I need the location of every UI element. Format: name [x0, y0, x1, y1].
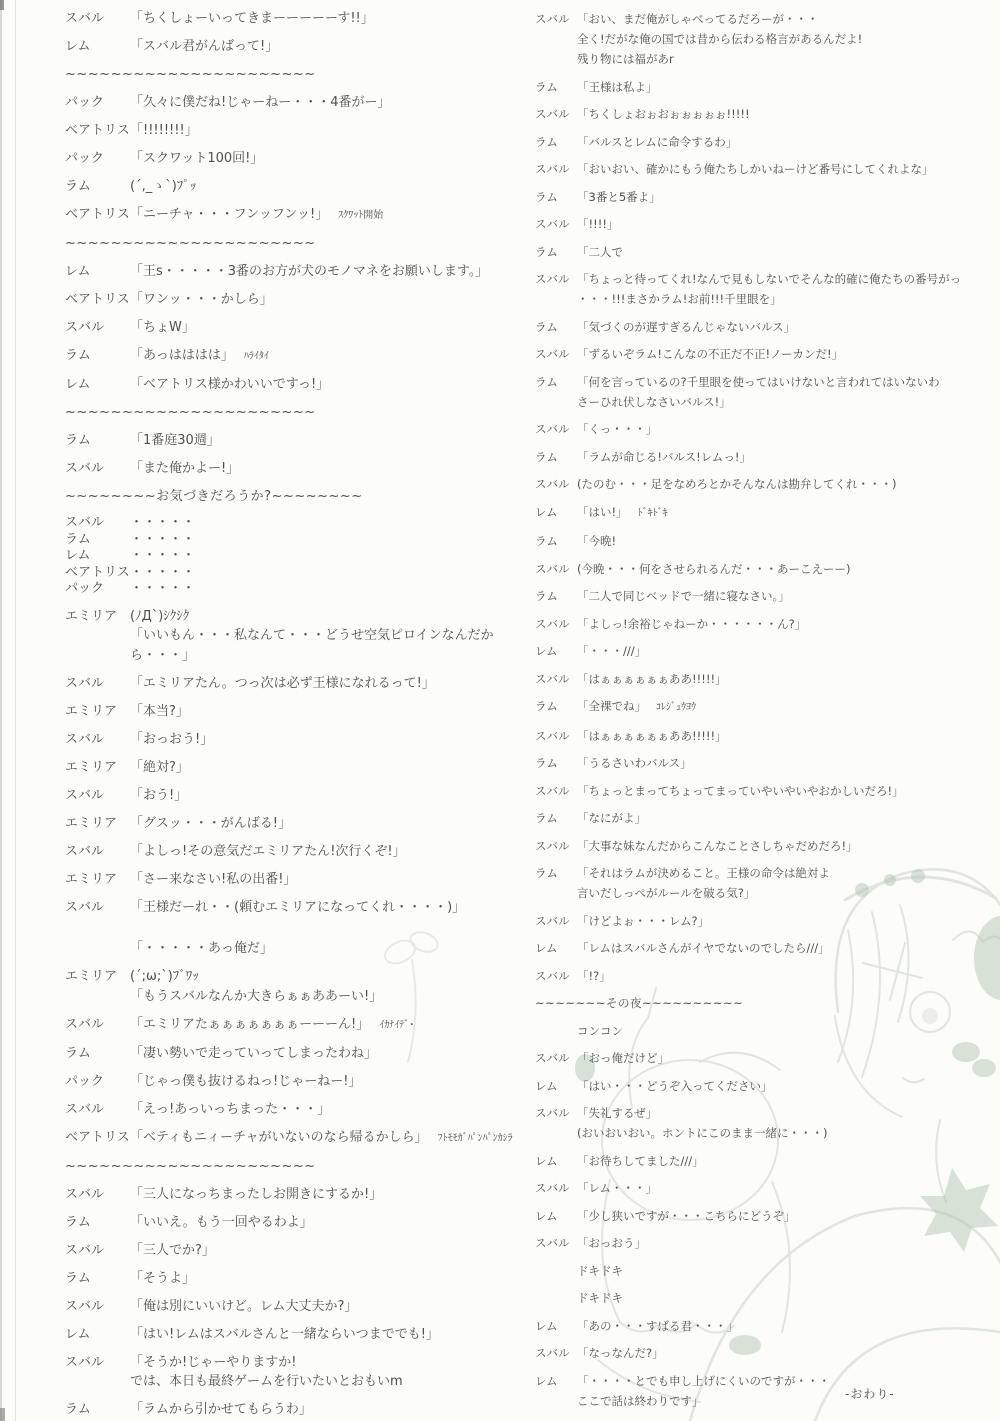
dialogue-entry: スバル「はぁぁぁぁぁぁああ!!!!!」	[535, 726, 997, 746]
speaker-name: スバル	[535, 419, 577, 439]
dialogue-entry: スバル「大事な妹なんだからこんなことさしちゃだめだろ!」	[535, 836, 997, 856]
speaker-name: スバル	[535, 1048, 577, 1068]
speaker-name: スバル	[535, 104, 577, 124]
speaker-name: レム	[535, 1206, 577, 1226]
dialogue-entry: スバル「けどよぉ・・・レム?」	[535, 911, 997, 931]
dialogue-text: 「・・・///」	[577, 641, 997, 661]
speaker-name: パック	[65, 581, 130, 598]
dialogue-text: 「ちくしょおぉおぉぉぉぉぉ!!!!!	[577, 104, 997, 124]
speaker-name: ラム	[535, 447, 577, 467]
dialogue-text: 「今晩!	[577, 531, 997, 551]
dialogue-text: 「王様は私よ」	[577, 77, 997, 97]
speaker-name: ラム	[65, 532, 130, 549]
speaker-name: スバル	[65, 786, 130, 806]
dialogue-entry: スバル「よしっ!その意気だエミリアたん!次行くぞ!」	[65, 842, 513, 862]
speaker-name: ベアトリス	[65, 1128, 130, 1148]
dialogue-entry: ベアトリス「ベティもニィーチャがいないのなら帰るかしら」ﾌﾄﾓﾓｶﾞﾊﾟﾝﾊﾟﾝ…	[65, 1128, 513, 1149]
dialogue-text: 「俺は別にいいけど。レム大丈夫か?」	[130, 1297, 513, 1317]
dialogue-text: 「よしっ!その意気だエミリアたん!次行くぞ!」	[130, 842, 513, 862]
dialogue-entry: レム「はい・・・どうぞ入ってください」	[535, 1076, 997, 1096]
dialogue-entry: パック「じゃっ僕も抜けるねっ!じゃーねー!」	[65, 1072, 513, 1092]
speaker-name: ラム	[535, 531, 577, 551]
scan-artifact-corner-bottom	[0, 1408, 5, 1421]
dialogue-entry: ラム「それはラムが決めること。王様の命令は絶対よ 言いだしっぺがルールを破る気?…	[535, 863, 997, 903]
speaker-name: スバル	[535, 9, 577, 29]
section-divider: ~~~~~~~その夜~~~~~~~~~~	[535, 993, 997, 1013]
speaker-name: スバル	[65, 1015, 130, 1035]
speaker-name: スバル	[535, 1178, 577, 1198]
speaker-name: スバル	[65, 9, 130, 29]
dialogue-text: 「王s・・・・・3番のお方が犬のモノマネをお願いします。」	[130, 262, 513, 282]
dialogue-entry: スバル「失礼するぜ」 (おいおいおい。ホントにこのまま一緒に・・・)	[535, 1103, 997, 1143]
speaker-name: スバル	[65, 1185, 130, 1205]
scan-artifact-edge	[0, 0, 2, 1421]
speaker-name: スバル	[535, 669, 577, 689]
dialogue-entry: ラム「ラムから引かせてもらうわ」	[65, 1400, 513, 1420]
dialogue-text: ・・・・・	[130, 565, 513, 582]
speaker-name: スバル	[535, 836, 577, 856]
speaker-name: スバル	[535, 614, 577, 634]
dialogue-entry: スバル「エミリアたぁぁぁぁぁぁぁーーーん!」ｲｶﾅｲﾃﾞ･	[65, 1015, 513, 1036]
speaker-name: ベアトリス	[65, 565, 130, 582]
speaker-name: スバル	[535, 1233, 577, 1253]
speaker-name: ラム	[65, 1269, 130, 1289]
speaker-name: レム	[65, 548, 130, 565]
speaker-name: ラム	[535, 586, 577, 606]
dialogue-entry: ラム「3番と5番よ」	[535, 187, 997, 207]
speaker-name: レム	[535, 1316, 577, 1336]
dialogue-text: 「エミリアたん。つっ次は必ず王様になれるって!」	[130, 674, 513, 694]
speaker-name: パック	[65, 93, 130, 113]
section-divider: ~~~~~~~~~~~~~~~~~~~~~~	[65, 1157, 513, 1177]
dialogue-entry: ラム(´,_ゝ`)ﾌﾟｯ	[65, 177, 513, 197]
dialogue-text: 「!?」	[577, 966, 997, 986]
speaker-name: エミリア	[65, 967, 130, 987]
dialogue-entry: スバル「ずるいぞラム!こんなの不正だ不正!ノーカンだ!」	[535, 344, 997, 364]
dialogue-entry: レム「レムはスバルさんがイヤでないのでしたら///」	[535, 938, 997, 958]
speaker-name: スバル	[535, 781, 577, 801]
speaker-name: スバル	[535, 1343, 577, 1363]
dialogue-entry: スバル「三人でか?」	[65, 1241, 513, 1261]
dialogue-text: 「あの・・・すばる君・・・」	[577, 1316, 997, 1336]
dialogue-entry: スバル「ちくしょーいってきまーーーーーす!!」	[65, 9, 513, 29]
dialogue-entry: ドキドキ	[535, 1261, 997, 1281]
speaker-name: レム	[65, 262, 130, 282]
dialogue-entry: スバル「そうか!じゃーやりますか! では、本日も最終ゲームを行いたいとおもいm	[65, 1353, 513, 1392]
dialogue-text: 「何を言っているの?千里眼を使ってはいけないと言われてはいないわ さーひれ伏しな…	[577, 372, 997, 412]
speaker-name: スバル	[65, 674, 130, 694]
speaker-name: ラム	[535, 132, 577, 152]
dialogue-text: 「久々に僕だね!じゃーねー・・・4番がー」	[130, 93, 513, 113]
speaker-name: レム	[535, 1076, 577, 1096]
speaker-name: レム	[535, 641, 577, 661]
dialogue-entry: スバル「ちょっとまってちょってまっていやいやいやおかしいだろ!」	[535, 781, 997, 801]
speaker-name: ラム	[535, 863, 577, 883]
speaker-name: スバル	[535, 159, 577, 179]
speaker-name: エミリア	[65, 702, 130, 722]
dialogue-text: 「二人で同じベッドで一緒に寝なさい。」	[577, 586, 997, 606]
speaker-name: ラム	[65, 431, 130, 451]
dialogue-entry: エミリア(´;ω;`)ﾌﾞﾜｯ 「もうスバルなんか大きらぁぁああーい!」	[65, 967, 513, 1006]
dialogue-text: 「おう!」	[130, 786, 513, 806]
dialogue-text: 「!!!!!!!!」	[130, 121, 513, 141]
dialogue-entry: ベアトリス「ワンッ・・・かしら」	[65, 290, 513, 310]
dialogue-text: 「はぁぁぁぁぁぁああ!!!!!」	[577, 726, 997, 746]
speaker-name: パック	[65, 1072, 130, 1092]
speaker-name: ラム	[535, 753, 577, 773]
dialogue-text: 「エミリアたぁぁぁぁぁぁぁーーーん!」ｲｶﾅｲﾃﾞ･	[130, 1015, 513, 1036]
speaker-name: ラム	[65, 346, 130, 366]
dialogue-text: ドキドキ	[577, 1288, 997, 1308]
dialogue-entry: ラム「気づくのが遅すぎるんじゃないバルス」	[535, 317, 997, 337]
dialogue-entry: ラム「二人で	[535, 242, 997, 262]
speaker-name: レム	[65, 37, 130, 57]
dialogue-entry: スバル「なっなんだ?」	[535, 1343, 997, 1363]
speaker-name: スバル	[535, 966, 577, 986]
dialogue-text: 「けどよぉ・・・レム?」	[577, 911, 997, 931]
dialogue-text: 「なっなんだ?」	[577, 1343, 997, 1363]
dialogue-entry: レム「はい!」ﾄﾞｷﾄﾞｷ	[535, 502, 997, 524]
dialogue-entry: コンコン	[535, 1021, 997, 1041]
dialogue-entry: スバル「王様だーれ・・(頼むエミリアになってくれ・・・・)」	[65, 898, 513, 918]
dialogue-text: 「おっ俺だけど」	[577, 1048, 997, 1068]
dialogue-text: 「レムはスバルさんがイヤでないのでしたら///」	[577, 938, 997, 958]
dialogue-entry: スバル「よしっ!余裕じゃねーか・・・・・・ん?」	[535, 614, 997, 634]
dialogue-entry: ラム「いいえ。もう一回やるわよ」	[65, 1213, 513, 1233]
dialogue-entry: レム「・・・///」	[535, 641, 997, 661]
speaker-name: ラム	[65, 1213, 130, 1233]
dialogue-text: 「ベアトリス様かわいいですっ!」	[130, 375, 513, 395]
dialogue-entry: スバル「エミリアたん。つっ次は必ず王様になれるって!」	[65, 674, 513, 694]
speaker-name: スバル	[535, 1103, 577, 1123]
speaker-name: ラム	[535, 372, 577, 392]
section-divider: ~~~~~~~~~~~~~~~~~~~~~~	[65, 65, 513, 85]
dialogue-entry: スバル「!?」	[535, 966, 997, 986]
dialogue-entry: パック・・・・・	[65, 581, 513, 598]
speaker-name: スバル	[535, 474, 577, 494]
left-column: スバル「ちくしょーいってきまーーーーーす!!」レム「スバル君がんばって!」~~~…	[65, 9, 513, 1421]
dialogue-entry: ドキドキ	[535, 1288, 997, 1308]
speaker-name: スバル	[65, 730, 130, 750]
dialogue-text: 「よしっ!余裕じゃねーか・・・・・・ん?」	[577, 614, 997, 634]
ending-label: -おわり-	[845, 1385, 895, 1402]
dialogue-text: 「絶対?」	[130, 758, 513, 778]
dialogue-text: 「ラムが命じる!バルス!レムっ!」	[577, 447, 997, 467]
dialogue-entry: ベアトリス「!!!!!!!!」	[65, 121, 513, 141]
dialogue-text: 「ちくしょーいってきまーーーーーす!!」	[130, 9, 513, 29]
speaker-name: レム	[65, 1325, 130, 1345]
dialogue-text: 「ちょW」	[130, 318, 513, 338]
dialogue-text: 「くっ・・・」	[577, 419, 997, 439]
dialogue-text: 「ニーチャ・・・フンッフンッ!」ｽｸﾜｯﾄ開始	[130, 205, 513, 226]
sfx-note: ｺﾚｼﾞｭｳﾖｳ	[656, 702, 696, 713]
dialogue-entry: レム「お待ちしてました///」	[535, 1151, 997, 1171]
dialogue-text: 「おっおう」	[577, 1233, 997, 1253]
dialogue-text: 「おっおう!」	[130, 730, 513, 750]
dialogue-entry: パック「久々に僕だね!じゃーねー・・・4番がー」	[65, 93, 513, 113]
speaker-name: パック	[65, 149, 130, 169]
dialogue-entry: ラム「なにがよ」	[535, 808, 997, 828]
dialogue-entry: レム「あの・・・すばる君・・・」	[535, 1316, 997, 1336]
dialogue-entry: レム「スバル君がんばって!」	[65, 37, 513, 57]
dialogue-text: 「あっはははは」ﾊﾗｲﾀｲ	[130, 346, 513, 367]
dialogue-text: 「ラムから引かせてもらうわ」	[130, 1400, 513, 1420]
dialogue-entry: エミリア「さー来なさい!私の出番!」	[65, 870, 513, 890]
dialogue-text: 「バルスとレムに命令するわ」	[577, 132, 997, 152]
dialogue-entry: ラム「凄い勢いで走っていってしまったわね」	[65, 1044, 513, 1064]
dialogue-text: 「はぁぁぁぁぁぁああ!!!!!」	[577, 669, 997, 689]
dialogue-text: 「三人でか?」	[130, 1241, 513, 1261]
speaker-name: スバル	[65, 1100, 130, 1120]
dialogue-entry: スバル「!!!!」	[535, 214, 997, 234]
speaker-name: ベアトリス	[65, 205, 130, 225]
dialogue-text: 「おいおい、確かにもう俺たちしかいねーけど番号にしてくれよな」	[577, 159, 997, 179]
speaker-name: スバル	[535, 911, 577, 931]
speaker-name: スバル	[65, 459, 130, 479]
sfx-note: ﾊﾗｲﾀｲ	[244, 351, 269, 362]
dialogue-text: 「本当?」	[130, 702, 513, 722]
dialogue-entry: パック「スクワット100回!」	[65, 149, 513, 169]
dialogue-text: 「少し狭いですが・・・こちらにどうぞ」	[577, 1206, 997, 1226]
dialogue-entry: エミリア(ﾉД`)ｼｸｼｸ 「いいもん・・・私なんて・・・どうせ空気ピロインなん…	[65, 607, 513, 666]
dialogue-text: 「ワンッ・・・かしら」	[130, 290, 513, 310]
dialogue-text: 「はい!レムはスバルさんと一緒ならいつまででも!」	[130, 1325, 513, 1345]
speaker-name: エミリア	[65, 758, 130, 778]
dialogue-entry: スバル「おっおう!」	[65, 730, 513, 750]
dialogue-entry: レム・・・・・	[65, 548, 513, 565]
speaker-name: レム	[65, 375, 130, 395]
speaker-name: エミリア	[65, 870, 130, 890]
dialogue-entry: スバル「はぁぁぁぁぁぁああ!!!!!」	[535, 669, 997, 689]
dialogue-entry: スバル(今晩・・・何をさせられるんだ・・・あーこえーー)	[535, 559, 997, 579]
speaker-name: スバル	[535, 269, 577, 289]
speaker-name: ラム	[535, 808, 577, 828]
speaker-name: スバル	[65, 515, 130, 532]
dialogue-entry: ラム「あっはははは」ﾊﾗｲﾀｲ	[65, 346, 513, 367]
dialogue-entry: ラム「うるさいわバルス」	[535, 753, 997, 773]
dialogue-entry: ラム「全裸でね」ｺﾚｼﾞｭｳﾖｳ	[535, 696, 997, 718]
dialogue-entry: スバル「おっおう」	[535, 1233, 997, 1253]
dialogue-entry: スバル(たのむ・・・足をなめろとかそんなんは勘弁してくれ・・・)	[535, 474, 997, 494]
speaker-name: ラム	[535, 77, 577, 97]
dialogue-entry: 「・・・・・あっ俺だ」	[65, 939, 513, 959]
speaker-name: スバル	[65, 1297, 130, 1317]
dialogue-text: (今晩・・・何をさせられるんだ・・・あーこえーー)	[577, 559, 997, 579]
speaker-name: ラム	[535, 696, 577, 716]
dialogue-entry: スバル「俺は別にいいけど。レム大丈夫か?」	[65, 1297, 513, 1317]
scan-artifact-corner-top	[0, 0, 4, 10]
speaker-name: ラム	[65, 1400, 130, 1420]
dialogue-text: 「・・・・とでも申し上げにくいのですが・・・ ここで話は終わりです」	[577, 1371, 997, 1411]
dialogue-text: ・・・・・	[130, 548, 513, 565]
dialogue-entry: スバル「おいおい、確かにもう俺たちしかいねーけど番号にしてくれよな」	[535, 159, 997, 179]
dialogue-text: 「失礼するぜ」 (おいおいおい。ホントにこのまま一緒に・・・)	[577, 1103, 997, 1143]
dialogue-entry: エミリア「絶対?」	[65, 758, 513, 778]
dialogue-text: 「全裸でね」ｺﾚｼﾞｭｳﾖｳ	[577, 696, 997, 718]
dialogue-entry: スバル「ちくしょおぉおぉぉぉぉぉ!!!!!	[535, 104, 997, 124]
speaker-name: ラム	[65, 177, 130, 197]
dialogue-entry: レム「王s・・・・・3番のお方が犬のモノマネをお願いします。」	[65, 262, 513, 282]
dialogue-entry: レム「ベアトリス様かわいいですっ!」	[65, 375, 513, 395]
dialogue-text: 「二人で	[577, 242, 997, 262]
dialogue-text: 「そうか!じゃーやりますか! では、本日も最終ゲームを行いたいとおもいm	[130, 1353, 513, 1392]
dialogue-text: 「また俺かよー!」	[130, 459, 513, 479]
dialogue-entry: レム「はい!レムはスバルさんと一緒ならいつまででも!」	[65, 1325, 513, 1345]
dialogue-text: ・・・・・	[130, 581, 513, 598]
speaker-name: スバル	[535, 344, 577, 364]
section-divider: ~~~~~~~~~~~~~~~~~~~~~~	[65, 403, 513, 423]
speaker-name: ベアトリス	[65, 290, 130, 310]
dialogue-entry: ラム「ラムが命じる!バルス!レムっ!」	[535, 447, 997, 467]
dialogue-text: 「大事な妹なんだからこんなことさしちゃだめだろ!」	[577, 836, 997, 856]
dialogue-text: 「!!!!」	[577, 214, 997, 234]
sfx-note: ｽｸﾜｯﾄ開始	[338, 210, 383, 221]
script-page: { "page": { "bg_color": "#fcfcf9", "text…	[0, 0, 1000, 1421]
dialogue-text: ・・・・・	[130, 515, 513, 532]
speaker-name: スバル	[535, 559, 577, 579]
dialogue-text: 「おい、まだ俺がしゃべってるだろーが・・・ 全く!だがな俺の国では昔から伝わる格…	[577, 9, 997, 69]
dialogue-text: コンコン	[577, 1021, 997, 1041]
dialogue-text: 「王様だーれ・・(頼むエミリアになってくれ・・・・)」	[130, 898, 513, 918]
scan-artifact-line	[15, 0, 16, 1421]
dialogue-text: 「はい・・・どうぞ入ってください」	[577, 1076, 997, 1096]
dialogue-text: (たのむ・・・足をなめろとかそんなんは勘弁してくれ・・・)	[577, 474, 997, 494]
sfx-note: ｲｶﾅｲﾃﾞ･	[379, 1020, 414, 1031]
dialogue-text: 「スバル君がんばって!」	[130, 37, 513, 57]
dialogue-entry: ラム「1番庭30週」	[65, 431, 513, 451]
sfx-note: ﾌﾄﾓﾓｶﾞﾊﾟﾝﾊﾟﾝｶｼﾗ	[438, 1133, 513, 1144]
speaker-name: ラム	[65, 1044, 130, 1064]
dialogue-entry: レム「少し狭いですが・・・こちらにどうぞ」	[535, 1206, 997, 1226]
dialogue-text: 「気づくのが遅すぎるんじゃないバルス」	[577, 317, 997, 337]
dialogue-text: 「凄い勢いで走っていってしまったわね」	[130, 1044, 513, 1064]
dialogue-text: 「ベティもニィーチャがいないのなら帰るかしら」ﾌﾄﾓﾓｶﾞﾊﾟﾝﾊﾟﾝｶｼﾗ	[130, 1128, 513, 1149]
dialogue-text: 「ちょっと待ってくれ!なんで見もしないでそんな的確に俺たちの番号がっ ・・・!!…	[577, 269, 997, 309]
dialogue-text: 「なにがよ」	[577, 808, 997, 828]
speaker-name: スバル	[65, 1241, 130, 1261]
dialogue-entry: スバル「くっ・・・」	[535, 419, 997, 439]
speaker-name: レム	[535, 1371, 577, 1391]
dialogue-entry: ラム・・・・・	[65, 532, 513, 549]
speaker-name: レム	[535, 502, 577, 522]
speaker-name: スバル	[65, 842, 130, 862]
speaker-name: スバル	[65, 898, 130, 918]
dialogue-text: 「はい!」ﾄﾞｷﾄﾞｷ	[577, 502, 997, 524]
dialogue-entry: スバル「また俺かよー!」	[65, 459, 513, 479]
dialogue-entry: エミリア「本当?」	[65, 702, 513, 722]
section-divider: ~~~~~~~~~~~~~~~~~~~~~~	[65, 234, 513, 254]
dialogue-text: 「さー来なさい!私の出番!」	[130, 870, 513, 890]
dialogue-entry: スバル「レム・・・」	[535, 1178, 997, 1198]
dialogue-text: 「レム・・・」	[577, 1178, 997, 1198]
dialogue-text: 「えっ!あっいっちまった・・・」	[130, 1100, 513, 1120]
dialogue-entry: スバル「えっ!あっいっちまった・・・」	[65, 1100, 513, 1120]
dialogue-entry: スバル「ちょっと待ってくれ!なんで見もしないでそんな的確に俺たちの番号がっ ・・…	[535, 269, 997, 309]
dialogue-entry: スバル・・・・・	[65, 515, 513, 532]
dialogue-text: 「それはラムが決めること。王様の命令は絶対よ 言いだしっぺがルールを破る気?」	[577, 863, 997, 903]
speaker-name: スバル	[535, 726, 577, 746]
section-divider: ~~~~~~~~お気づきだろうか?~~~~~~~~	[65, 487, 513, 507]
speaker-name: エミリア	[65, 607, 130, 627]
dialogue-entry: スバル「ちょW」	[65, 318, 513, 338]
dialogue-entry: スバル「おい、まだ俺がしゃべってるだろーが・・・ 全く!だがな俺の国では昔から伝…	[535, 9, 997, 69]
speaker-name: ラム	[535, 187, 577, 207]
sfx-note: ﾄﾞｷﾄﾞｷ	[638, 508, 668, 519]
dialogue-text: 「じゃっ僕も抜けるねっ!じゃーねー!」	[130, 1072, 513, 1092]
dialogue-text: 「お待ちしてました///」	[577, 1151, 997, 1171]
dialogue-text: 「ちょっとまってちょってまっていやいやいやおかしいだろ!」	[577, 781, 997, 801]
dialogue-entry: スバル「おう!」	[65, 786, 513, 806]
speaker-name: エミリア	[65, 814, 130, 834]
dialogue-text: 「そうよ」	[130, 1269, 513, 1289]
speaker-name: スバル	[535, 214, 577, 234]
dialogue-text: 「・・・・・あっ俺だ」	[130, 939, 513, 959]
dialogue-entry: ラム「何を言っているの?千里眼を使ってはいけないと言われてはいないわ さーひれ伏…	[535, 372, 997, 412]
dialogue-entry: ベアトリス「ニーチャ・・・フンッフンッ!」ｽｸﾜｯﾄ開始	[65, 205, 513, 226]
speaker-name: スバル	[65, 318, 130, 338]
dialogue-text: 「ずるいぞラム!こんなの不正だ不正!ノーカンだ!」	[577, 344, 997, 364]
dialogue-text: 「3番と5番よ」	[577, 187, 997, 207]
speaker-name: ラム	[535, 242, 577, 262]
dialogue-entry: レム「・・・・とでも申し上げにくいのですが・・・ ここで話は終わりです」	[535, 1371, 997, 1411]
dialogue-entry: ベアトリス・・・・・	[65, 565, 513, 582]
dialogue-text: (´,_ゝ`)ﾌﾟｯ	[130, 177, 513, 197]
dialogue-entry: スバル「三人になっちまったしお開きにするか!」	[65, 1185, 513, 1205]
dialogue-text: 「スクワット100回!」	[130, 149, 513, 169]
dialogue-text: ドキドキ	[577, 1261, 997, 1281]
dialogue-entry: ラム「今晩!	[535, 531, 997, 551]
dialogue-entry: ラム「王様は私よ」	[535, 77, 997, 97]
dialogue-entry: ラム「バルスとレムに命令するわ」	[535, 132, 997, 152]
dialogue-text: 「三人になっちまったしお開きにするか!」	[130, 1185, 513, 1205]
speaker-name: ラム	[535, 317, 577, 337]
speaker-name: レム	[535, 1151, 577, 1171]
dialogue-entry: ラム「そうよ」	[65, 1269, 513, 1289]
dialogue-entry: スバル「おっ俺だけど」	[535, 1048, 997, 1068]
dialogue-text: (ﾉД`)ｼｸｼｸ 「いいもん・・・私なんて・・・どうせ空気ピロインなんだから・…	[130, 607, 513, 666]
dialogue-text: 「うるさいわバルス」	[577, 753, 997, 773]
speaker-name: スバル	[65, 1353, 130, 1373]
right-column: スバル「おい、まだ俺がしゃべってるだろーが・・・ 全く!だがな俺の国では昔から伝…	[535, 9, 997, 1418]
dialogue-entry: ラム「二人で同じベッドで一緒に寝なさい。」	[535, 586, 997, 606]
speaker-name: ベアトリス	[65, 121, 130, 141]
speaker-name: レム	[535, 938, 577, 958]
dialogue-text: 「いいえ。もう一回やるわよ」	[130, 1213, 513, 1233]
dialogue-entry: エミリア「グスッ・・・がんばる!」	[65, 814, 513, 834]
dialogue-text: (´;ω;`)ﾌﾞﾜｯ 「もうスバルなんか大きらぁぁああーい!」	[130, 967, 513, 1006]
dialogue-text: 「1番庭30週」	[130, 431, 513, 451]
dialogue-text: 「グスッ・・・がんばる!」	[130, 814, 513, 834]
dialogue-text: ・・・・・	[130, 532, 513, 549]
